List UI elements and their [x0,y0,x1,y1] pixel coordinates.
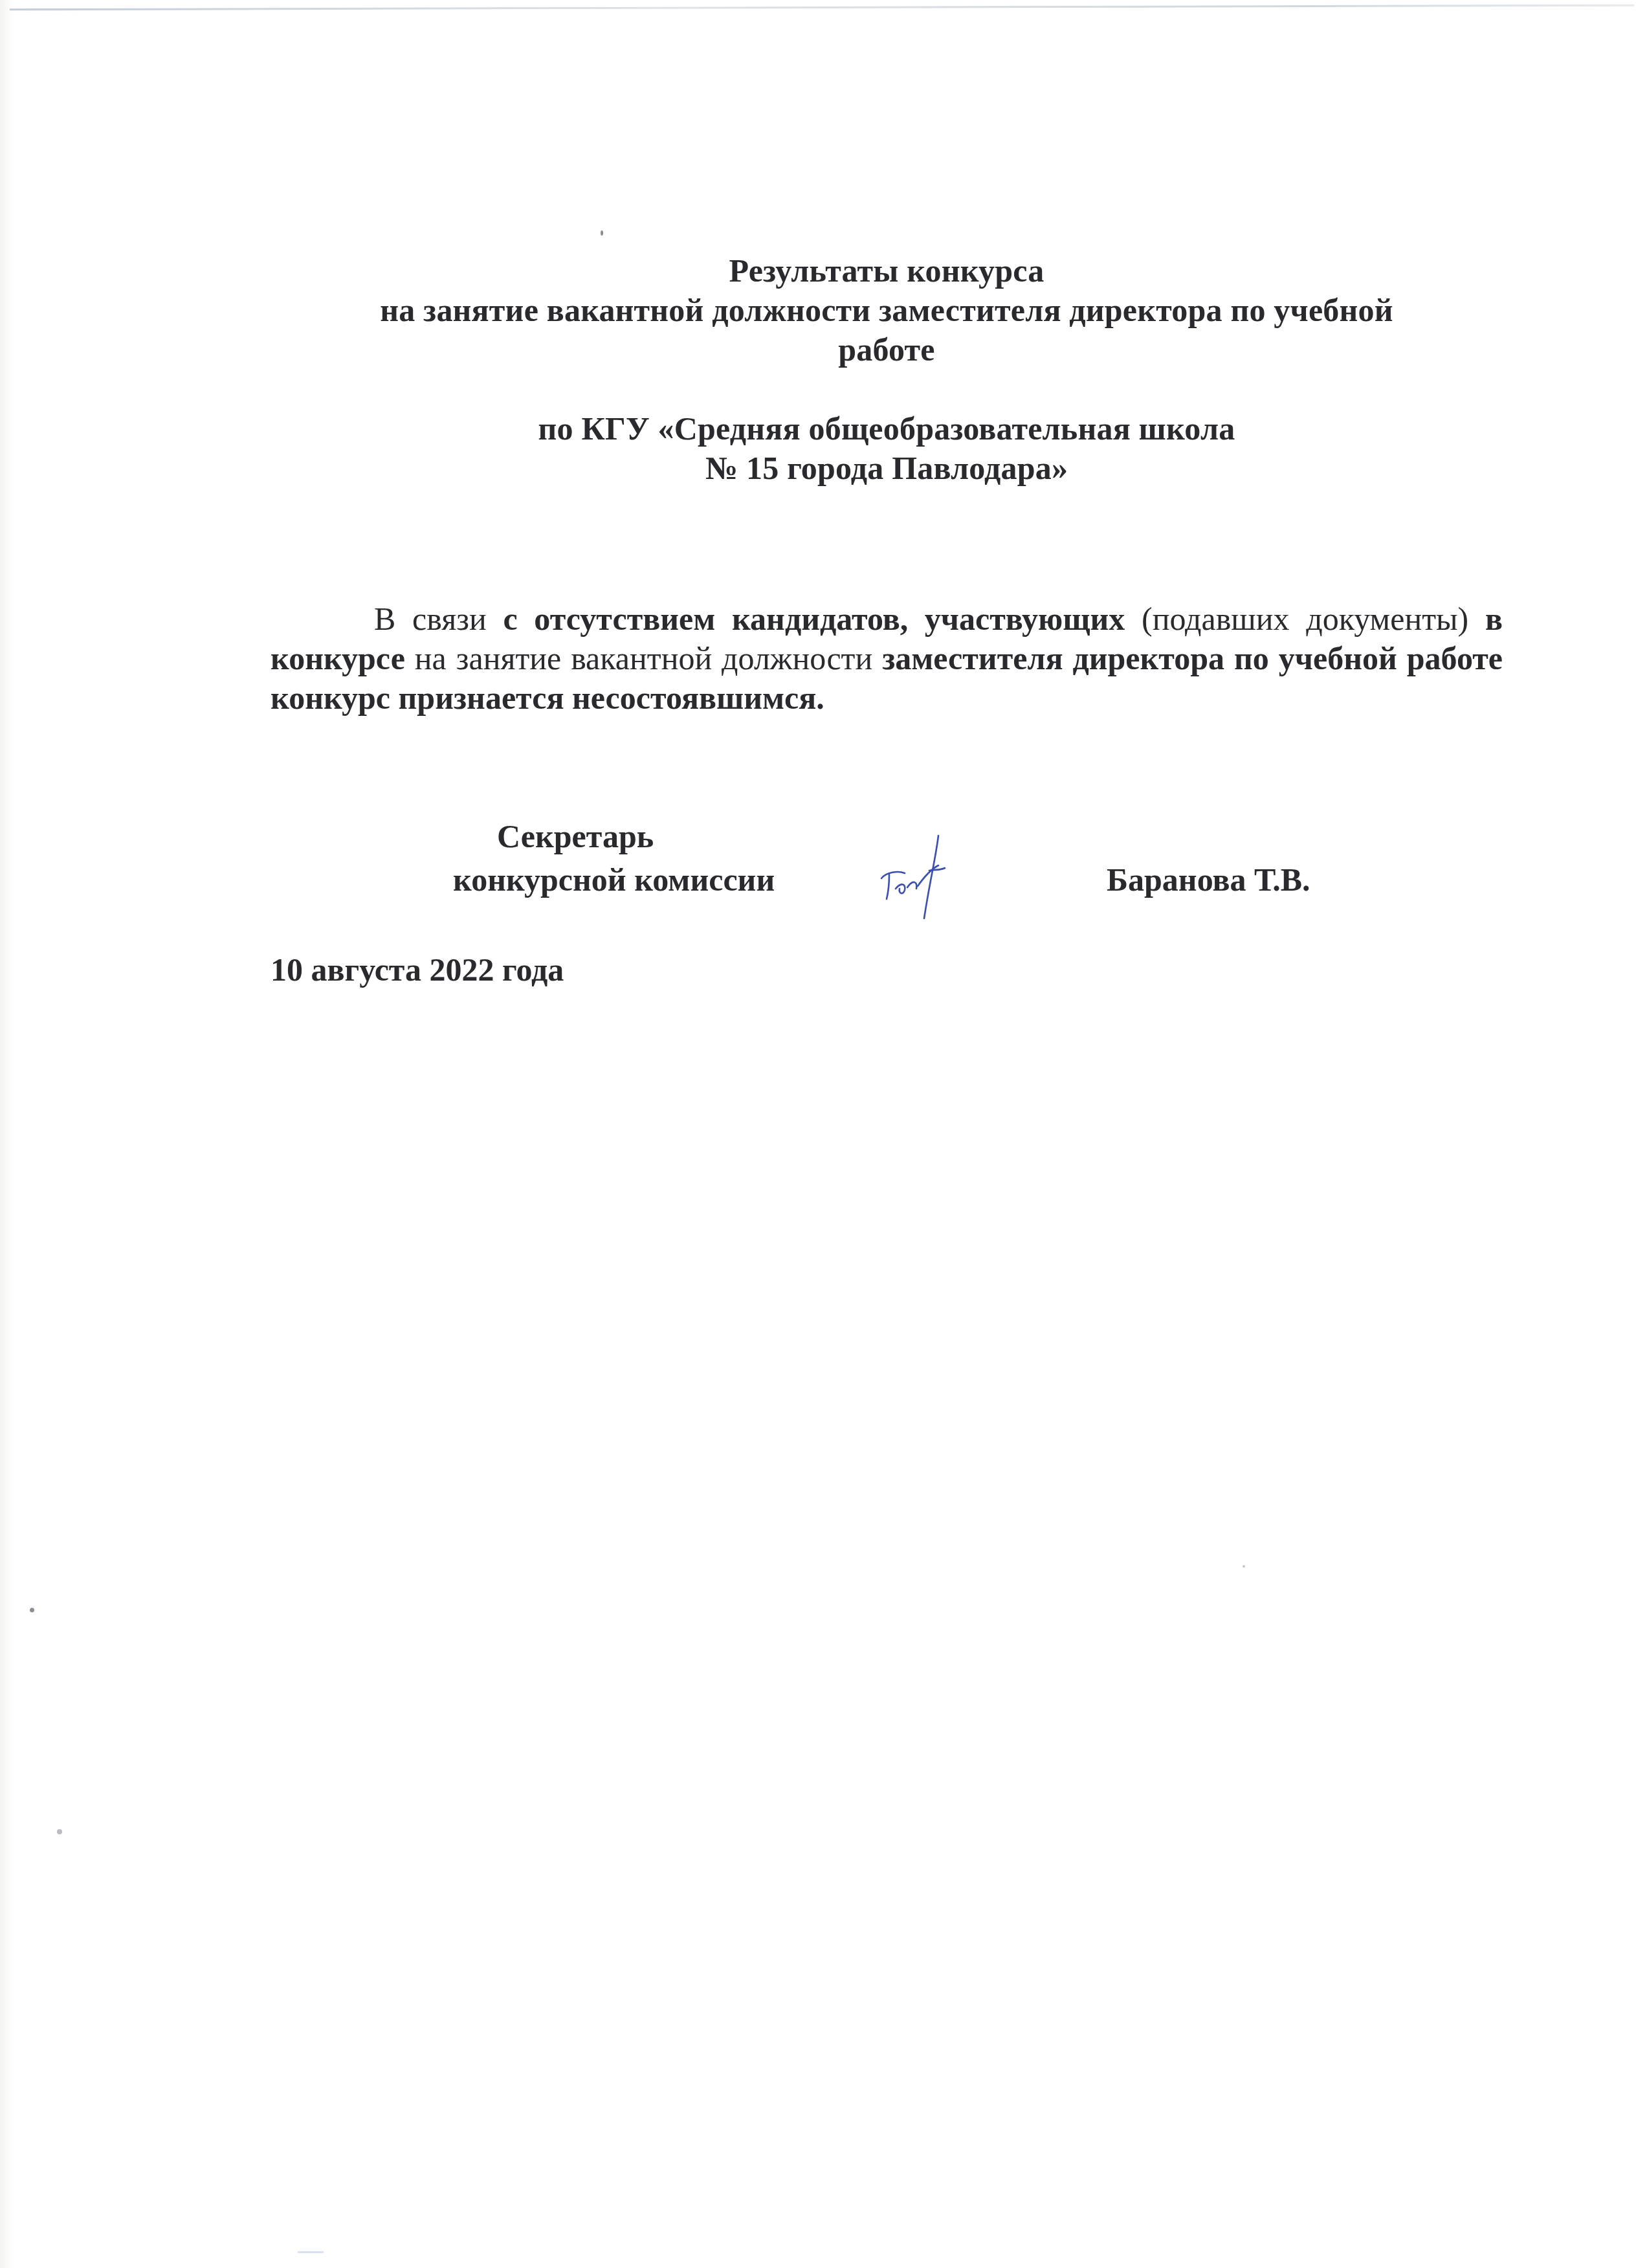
body-text-segment: В связи [374,601,503,637]
scan-speck [298,2251,324,2253]
signatory-role-line2: конкурсной комиссии [453,860,775,900]
body-paragraph: В связи с отсутствием кандидатов, участв… [271,599,1503,718]
title-line: работе [285,330,1488,370]
scan-speck [30,1608,34,1612]
body-text-segment: (подавших документы) [1125,601,1485,637]
scan-edge-shade [0,0,14,2268]
scan-edge-line [10,5,1634,11]
body-text-segment: на занятие вакантной должности [405,640,882,676]
body-text-segment-bold: с отсутствием кандидатов, участвующих [503,601,1125,637]
title-line: Результаты конкурса [285,251,1488,291]
signatory-name: Баранова Т.В. [1107,860,1310,900]
title-organization-line: по КГУ «Средняя общеобразовательная школ… [285,409,1488,449]
handwritten-signature-icon [867,832,971,922]
title-spacer [285,370,1488,409]
scan-speck [57,1829,62,1834]
document-date: 10 августа 2022 года [271,950,564,990]
scan-speck [1243,1565,1245,1568]
title-line: на занятие вакантной должности заместите… [285,291,1488,330]
signatory-role-line1: Секретарь [497,817,654,856]
title-organization-line: № 15 города Павлодара» [285,449,1488,488]
scan-speck [601,230,603,236]
document-title: Результаты конкурса на занятие вакантной… [285,251,1488,488]
